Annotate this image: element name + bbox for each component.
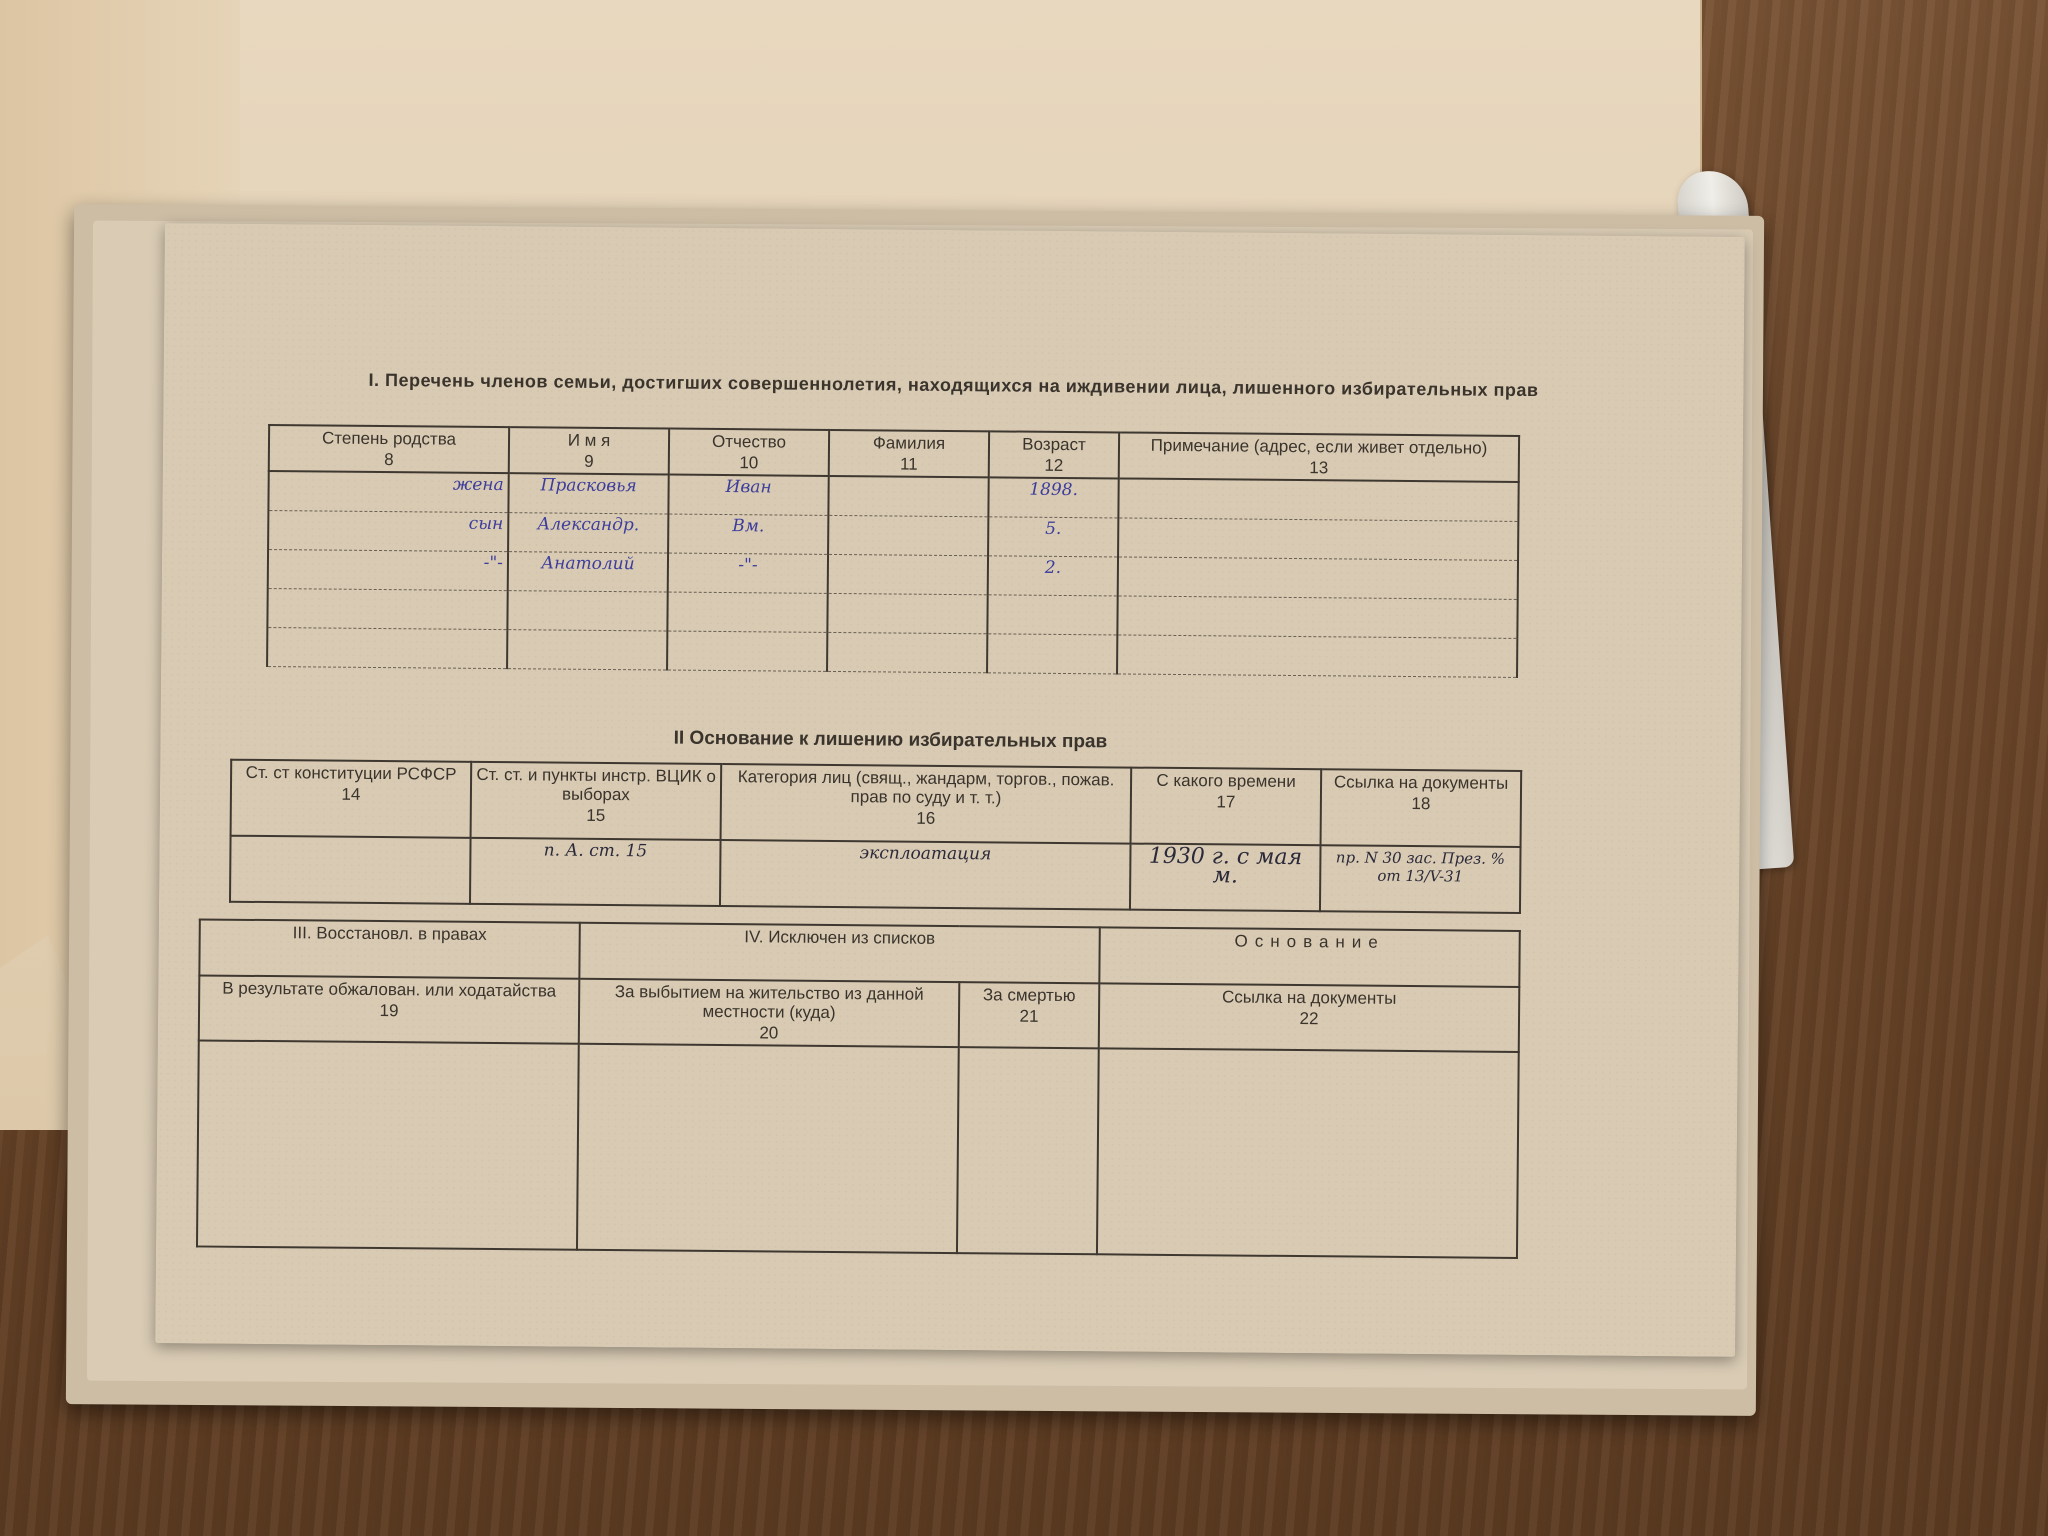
cell-constitution (230, 836, 471, 904)
cell-departure (577, 1044, 959, 1253)
cell-age: 1898. (988, 477, 1118, 518)
col-instruction: Ст. ст. и пункты инстр. ВЦИК о выборах15 (471, 762, 722, 840)
section1-title: I. Перечень членов семьи, достигших сове… (303, 366, 1603, 403)
col-surname: Фамилия11 (829, 430, 989, 477)
disenfranchisement-basis-table: Ст. ст конституции РСФСР14 Ст. ст. и пун… (229, 759, 1522, 914)
cell-surname (828, 476, 988, 517)
cell-relation: жена (268, 471, 508, 513)
cell-surname (828, 554, 988, 594)
cell-surname (828, 515, 988, 555)
cell-note (1118, 518, 1518, 560)
cell-patronymic: -"- (668, 553, 828, 593)
cell-appeal (197, 1040, 579, 1249)
cell-age (987, 634, 1117, 674)
col-age: Возраст12 (989, 431, 1119, 478)
section2-title: II Основание к лишению избирательных пра… (240, 724, 1540, 757)
col-departure: За выбытием на жительство из данной мест… (579, 979, 960, 1047)
col-death: За смертью21 (959, 982, 1100, 1048)
cell-name: Анатолий (508, 552, 668, 592)
basis-title: Основание (1099, 927, 1519, 987)
table-row (197, 1040, 1519, 1258)
cell-age: 2. (988, 556, 1118, 596)
table-header-row: Ст. ст конституции РСФСР14 Ст. ст. и пун… (231, 760, 1522, 847)
cell-note (1118, 478, 1518, 521)
cell-name (507, 591, 667, 631)
col-appeal: В результате обжалован. или ходатайства1… (199, 975, 580, 1043)
section3-title: III. Восстановл. в правах (199, 919, 579, 978)
cell-surname (827, 632, 987, 672)
cell-name: Александр. (508, 513, 668, 553)
cell-age (987, 595, 1117, 635)
col-since: С какого времени17 (1131, 768, 1322, 846)
cell-name (507, 630, 667, 670)
cell-relation (267, 628, 507, 669)
col-name: И м я9 (509, 427, 669, 474)
cell-note (1118, 557, 1518, 599)
col-patronymic: Отчество10 (669, 429, 829, 476)
cell-surname (827, 593, 987, 633)
cell-note (1117, 635, 1517, 677)
col-category: Категория лиц (свящ., жандарм, торгов., … (721, 764, 1132, 844)
table-row: п. А. ст. 15 эксплоатация 1930 г. с мая … (230, 836, 1521, 913)
restoration-exclusion-table: III. Восстановл. в правах IV. Исключен и… (196, 918, 1521, 1259)
cell-documents (1097, 1048, 1519, 1258)
col-reference: Ссылка на документы18 (1321, 769, 1522, 847)
cell-patronymic (667, 631, 827, 671)
family-members-table: Степень родства8 И м я9 Отчество10 Фамил… (266, 424, 1520, 678)
section4-title: IV. Исключен из списков (579, 923, 1099, 984)
table-header-row: В результате обжалован. или ходатайства1… (199, 975, 1520, 1052)
cell-reference: пр. N 30 зас. През. % от 13/V-31 (1320, 845, 1521, 913)
col-constitution: Ст. ст конституции РСФСР14 (231, 760, 472, 838)
cell-relation: сын (268, 511, 508, 552)
cell-patronymic: Вм. (668, 514, 828, 554)
cell-since: 1930 г. с мая м. (1130, 844, 1321, 912)
cell-instruction: п. А. ст. 15 (470, 838, 721, 906)
cell-category: эксплоатация (720, 840, 1131, 910)
cell-name: Прасковья (508, 473, 668, 514)
cell-patronymic (667, 592, 827, 632)
cell-relation (267, 589, 507, 630)
col-documents: Ссылка на документы22 (1099, 983, 1520, 1052)
cell-age: 5. (988, 517, 1118, 557)
col-note: Примечание (адрес, если живет отдельно)1… (1119, 432, 1519, 481)
col-relation: Степень родства8 (269, 425, 509, 473)
cell-relation: -"- (268, 550, 508, 591)
cell-note (1117, 596, 1517, 638)
registration-card: I. Перечень членов семьи, достигших сове… (155, 223, 1745, 1357)
cell-death (957, 1047, 1099, 1254)
cell-patronymic: Иван (668, 475, 828, 516)
